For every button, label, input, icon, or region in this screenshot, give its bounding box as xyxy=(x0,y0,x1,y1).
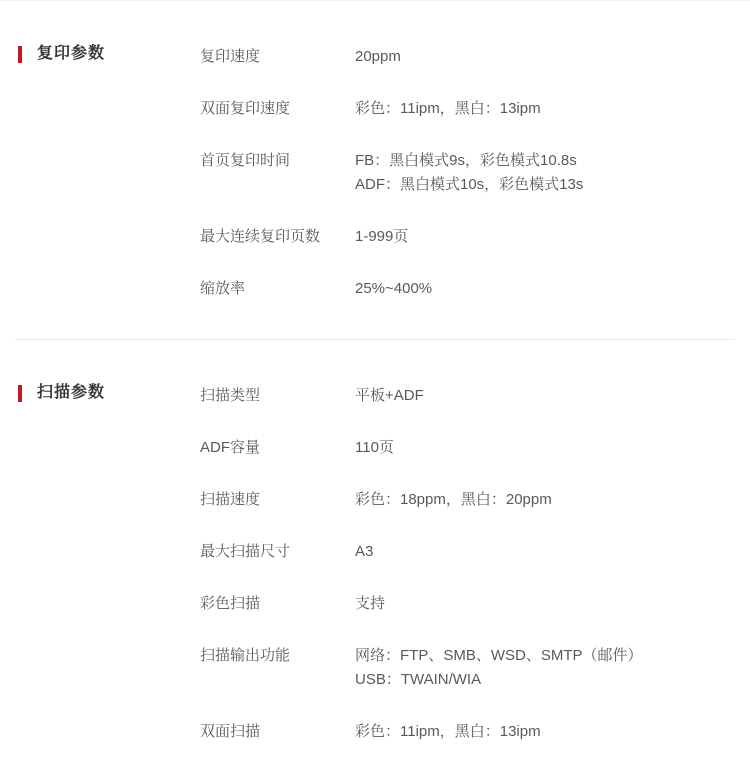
spec-value-line: 支持 xyxy=(355,592,732,616)
spec-value: 支持 xyxy=(355,592,732,616)
spec-value: 彩色：18ppm，黑白：20ppm xyxy=(355,488,732,512)
spec-value-line: 20ppm xyxy=(355,45,732,69)
spec-value: 彩色：11ipm，黑白：13ipm xyxy=(355,720,732,744)
spec-label: ADF容量 xyxy=(200,436,355,460)
section-title-text: 复印参数 xyxy=(37,43,105,65)
scan-params-title: 扫描参数 xyxy=(18,382,200,404)
spec-label: 缩放率 xyxy=(200,277,355,301)
accent-bar xyxy=(18,46,22,63)
spec-value: FB：黑白模式9s，彩色模式10.8s ADF：黑白模式10s，彩色模式13s xyxy=(355,149,732,197)
spec-value: 25%~400% xyxy=(355,277,732,301)
spec-value-line: 彩色：18ppm，黑白：20ppm xyxy=(355,488,732,512)
spec-label: 双面复印速度 xyxy=(200,97,355,121)
spec-row: 扫描类型 平板+ADF xyxy=(200,384,732,408)
scan-params-rows: 扫描类型 平板+ADF ADF容量 110页 扫描速度 彩色：18ppm，黑白：… xyxy=(200,382,732,772)
spec-label: 双面扫描 xyxy=(200,720,355,744)
spec-row: ADF容量 110页 xyxy=(200,436,732,460)
spec-value-line: ADF：黑白模式10s，彩色模式13s xyxy=(355,173,732,197)
spec-label: 最大扫描尺寸 xyxy=(200,540,355,564)
spec-label: 最大连续复印页数 xyxy=(200,225,355,249)
section-title-text: 扫描参数 xyxy=(37,382,105,404)
spec-value-line: 网络：FTP、SMB、WSD、SMTP（邮件） xyxy=(355,644,732,668)
spec-label: 扫描类型 xyxy=(200,384,355,408)
spec-value-line: 25%~400% xyxy=(355,277,732,301)
spec-row: 最大扫描尺寸 A3 xyxy=(200,540,732,564)
spec-row: 双面复印速度 彩色：11ipm，黑白：13ipm xyxy=(200,97,732,121)
spec-value: 20ppm xyxy=(355,45,732,69)
section-scan-params: 扫描参数 扫描类型 平板+ADF ADF容量 110页 扫描速度 彩色：18pp… xyxy=(0,340,750,780)
spec-row: 扫描速度 彩色：18ppm，黑白：20ppm xyxy=(200,488,732,512)
spec-value-line: FB：黑白模式9s，彩色模式10.8s xyxy=(355,149,732,173)
spec-value-line: USB：TWAIN/WIA xyxy=(355,668,732,692)
spec-value-line: 110页 xyxy=(355,436,732,460)
spec-row: 扫描输出功能 网络：FTP、SMB、WSD、SMTP（邮件） USB：TWAIN… xyxy=(200,644,732,692)
spec-row: 彩色扫描 支持 xyxy=(200,592,732,616)
copy-params-rows: 复印速度 20ppm 双面复印速度 彩色：11ipm，黑白：13ipm 首页复印… xyxy=(200,43,732,329)
spec-value-line: 彩色：11ipm，黑白：13ipm xyxy=(355,97,732,121)
copy-params-title: 复印参数 xyxy=(18,43,200,65)
spec-row: 缩放率 25%~400% xyxy=(200,277,732,301)
spec-label: 扫描速度 xyxy=(200,488,355,512)
spec-value-line: A3 xyxy=(355,540,732,564)
spec-value: A3 xyxy=(355,540,732,564)
spec-value-line: 彩色：11ipm，黑白：13ipm xyxy=(355,720,732,744)
spec-row: 双面扫描 彩色：11ipm，黑白：13ipm xyxy=(200,720,732,744)
spec-row: 首页复印时间 FB：黑白模式9s，彩色模式10.8s ADF：黑白模式10s，彩… xyxy=(200,149,732,197)
spec-value-line: 1-999页 xyxy=(355,225,732,249)
spec-label: 复印速度 xyxy=(200,45,355,69)
spec-value: 网络：FTP、SMB、WSD、SMTP（邮件） USB：TWAIN/WIA xyxy=(355,644,732,692)
spec-row: 复印速度 20ppm xyxy=(200,45,732,69)
spec-label: 首页复印时间 xyxy=(200,149,355,197)
spec-value-line: 平板+ADF xyxy=(355,384,732,408)
spec-value: 平板+ADF xyxy=(355,384,732,408)
spec-row: 最大连续复印页数 1-999页 xyxy=(200,225,732,249)
spec-label: 扫描输出功能 xyxy=(200,644,355,692)
spec-page: 复印参数 复印速度 20ppm 双面复印速度 彩色：11ipm，黑白：13ipm… xyxy=(0,0,750,780)
spec-value: 彩色：11ipm，黑白：13ipm xyxy=(355,97,732,121)
spec-value: 110页 xyxy=(355,436,732,460)
spec-label: 彩色扫描 xyxy=(200,592,355,616)
section-copy-params: 复印参数 复印速度 20ppm 双面复印速度 彩色：11ipm，黑白：13ipm… xyxy=(0,1,750,339)
accent-bar xyxy=(18,385,22,402)
spec-value: 1-999页 xyxy=(355,225,732,249)
